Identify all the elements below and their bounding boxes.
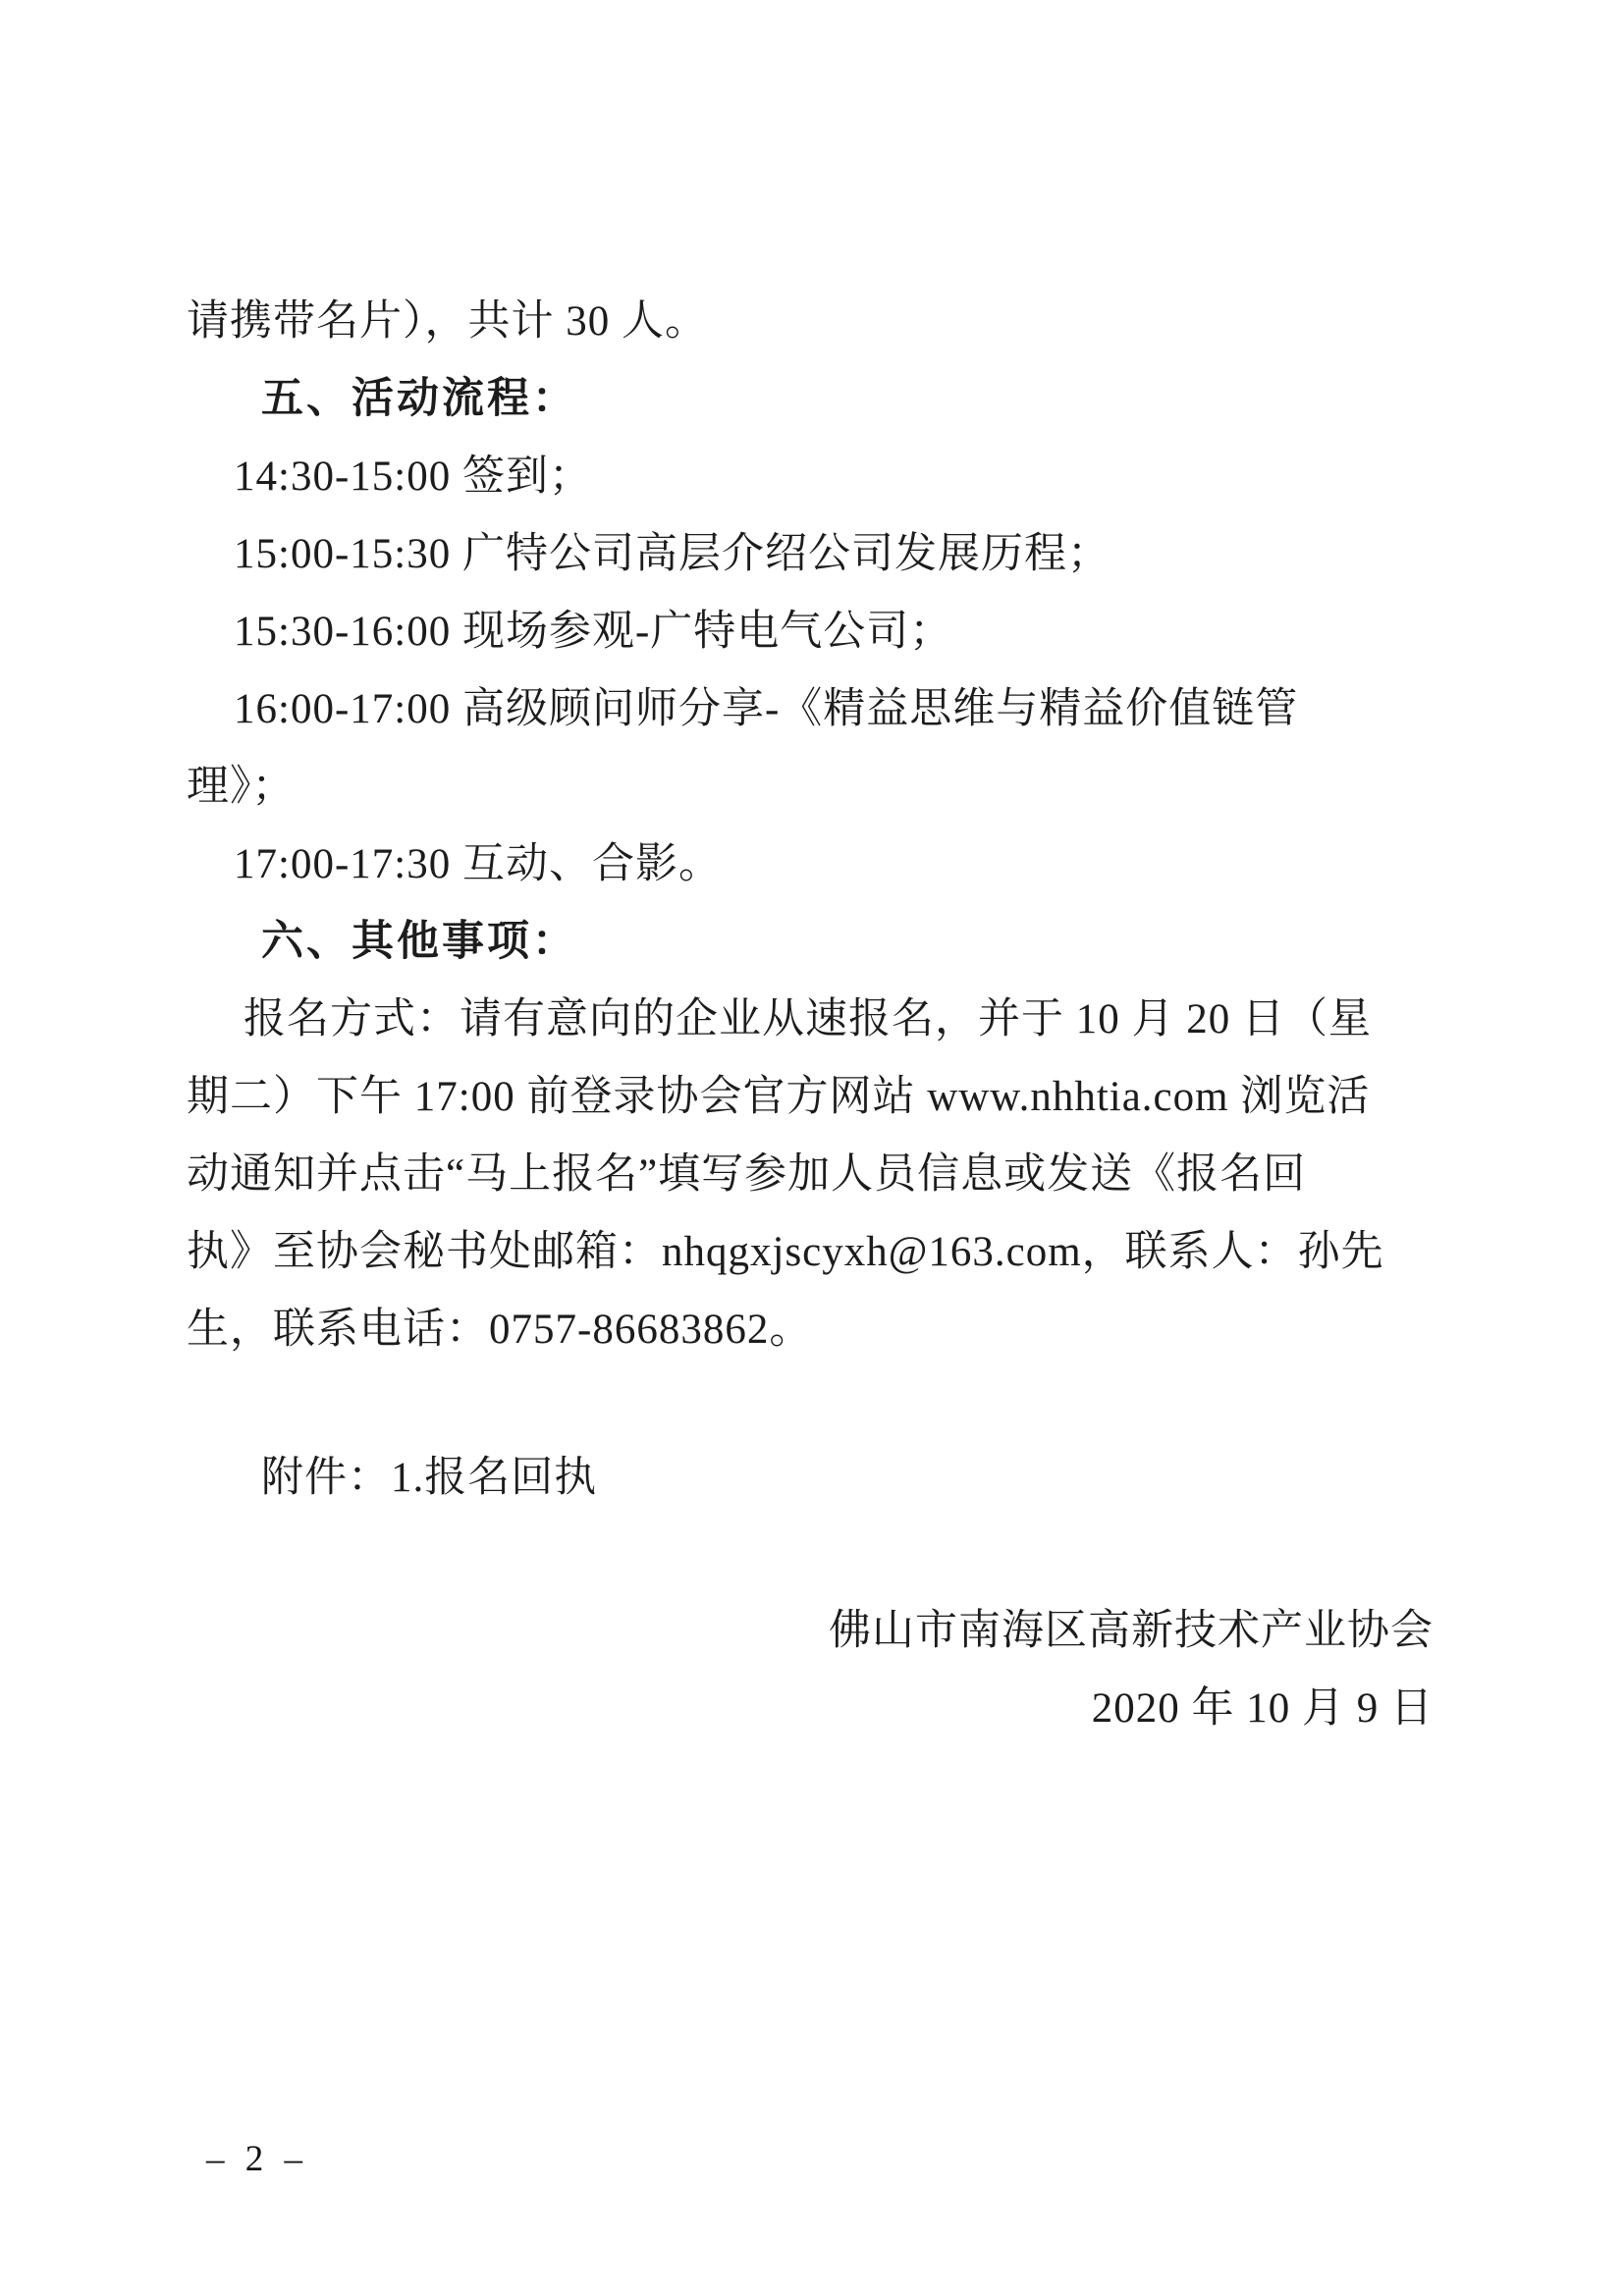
signature-organization: 佛山市南海区高新技术产业协会 <box>829 1592 1434 1670</box>
registration-paragraph-line-5: 生，联系电话：0757-86683862。 <box>187 1291 1306 1368</box>
registration-paragraph-line-1: 报名方式：请有意向的企业从速报名，并于 10 月 20 日（星 <box>187 981 1306 1058</box>
agenda-item-lecture-wrap: 理》； <box>187 748 1306 826</box>
agenda-item-lecture: 16:00-17:00 高级顾问师分享-《精益思维与精益价值链管 <box>187 670 1306 748</box>
registration-paragraph-line-4: 执》至协会秘书处邮箱：nhqgxjscyxh@163.com，联系人：孙先 <box>187 1213 1306 1291</box>
registration-paragraph-line-2: 期二）下午 17:00 前登录协会官方网站 www.nhhtia.com 浏览活 <box>187 1058 1306 1136</box>
agenda-item-tour: 15:30-16:00 现场参观-广特电气公司； <box>187 593 1306 670</box>
registration-paragraph-line-3: 动通知并点击“马上报名”填写参加人员信息或发送《报名回 <box>187 1136 1306 1213</box>
document-page: 请携带名片），共计 30 人。 五、活动流程： 14:30-15:00 签到； … <box>0 0 1624 2296</box>
agenda-item-intro: 15:00-15:30 广特公司高层介绍公司发展历程； <box>187 515 1306 593</box>
agenda-item-signin: 14:30-15:00 签到； <box>187 438 1306 515</box>
section-heading-other-matters: 六、其他事项： <box>187 903 1306 981</box>
signature-block: 佛山市南海区高新技术产业协会 2020 年 10 月 9 日 <box>829 1592 1434 1747</box>
document-body: 请携带名片），共计 30 人。 五、活动流程： 14:30-15:00 签到； … <box>187 283 1306 1517</box>
signature-date: 2020 年 10 月 9 日 <box>829 1670 1434 1747</box>
agenda-item-photo: 17:00-17:30 互动、合影。 <box>187 826 1306 903</box>
page-number: – 2 – <box>206 2140 308 2179</box>
paragraph-continuation-line: 请携带名片），共计 30 人。 <box>187 283 1306 360</box>
attachment-line: 附件：1.报名回执 <box>187 1439 1306 1517</box>
section-heading-activity-flow: 五、活动流程： <box>187 360 1306 438</box>
